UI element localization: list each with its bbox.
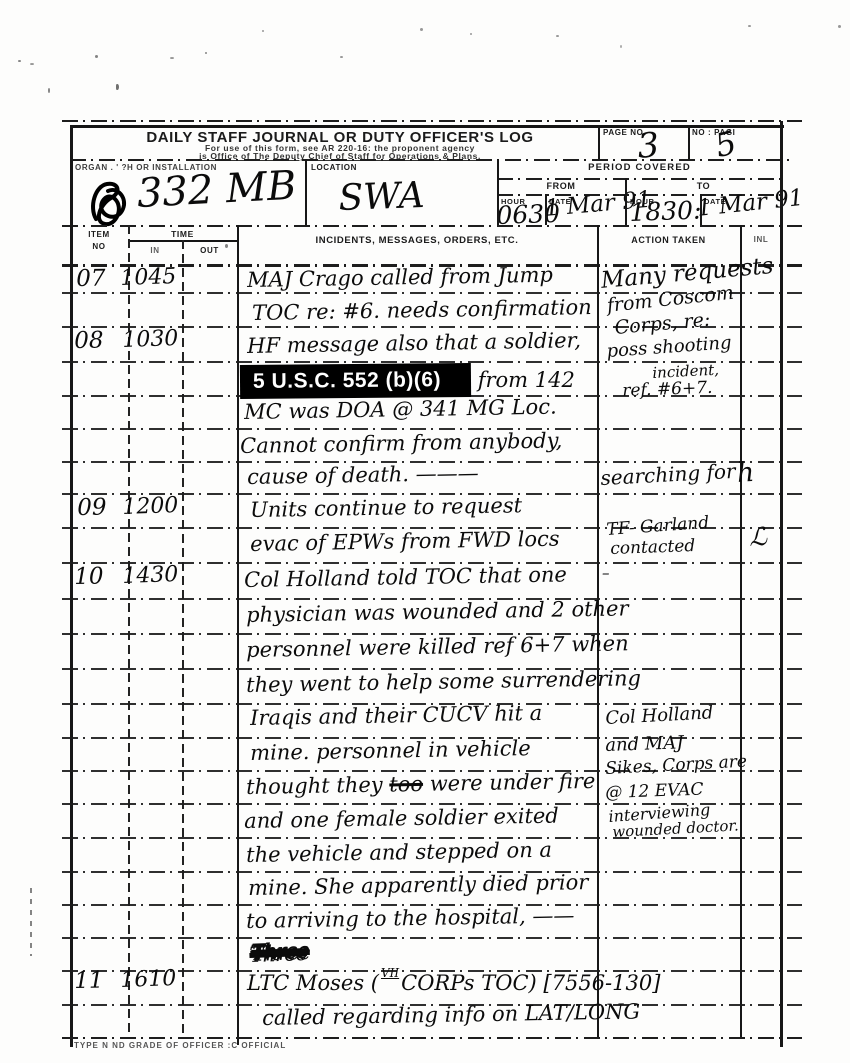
grid-line (598, 125, 600, 160)
grid-line-incidents-left (237, 225, 239, 1045)
incident-line: called regarding info on LAT/LONG (262, 1001, 640, 1029)
table-border-left (70, 125, 73, 1047)
grid-line (70, 159, 792, 161)
incident-line: the vehicle and stepped on a (246, 840, 552, 866)
initials-mark: ℎ (736, 459, 755, 487)
item-number: 10 (74, 565, 104, 589)
grid-line (625, 178, 627, 225)
scan-streak (30, 888, 32, 956)
scan-speck (838, 25, 841, 28)
col-action-label: ACTION TAKEN (597, 235, 740, 245)
scan-speck (262, 30, 264, 32)
period-covered-label: PERIOD COVERED (497, 162, 782, 173)
incident-line: physician was wounded and 2 other (246, 598, 629, 626)
incident-line: Units continue to request (250, 495, 522, 521)
grid-line-ini-left (740, 225, 742, 1038)
incident-line: Iraqis and their CUCV hit a (250, 703, 542, 729)
action-note: searching for (600, 461, 736, 488)
action-note: Col Holland (605, 704, 714, 728)
grid-line-in-out (182, 240, 184, 1038)
grid-line (700, 194, 702, 225)
incident-line: LTC Moses (VIICORPs TOC) [7556-130] (247, 973, 660, 994)
scan-speck (30, 63, 34, 65)
col-out-label: OUT (182, 246, 237, 255)
scanned-journal-page: DAILY STAFF JOURNAL OR DUTY OFFICER'S LO… (0, 0, 850, 1063)
action-note: contacted (610, 538, 696, 558)
col-ini-label: INL (740, 235, 782, 244)
scan-speck (748, 25, 751, 27)
incident-line: Three (250, 941, 308, 964)
col-time-label: TIME (128, 229, 237, 239)
scan-speck (18, 60, 21, 62)
location-label: LOCATION (311, 163, 357, 172)
table-border-bottom (62, 1037, 802, 1039)
ruled-line (62, 937, 802, 939)
incident-line: mine. personnel in vehicle (250, 738, 531, 764)
incident-line: to arriving to the hospital, —— (246, 905, 575, 932)
scan-mark (116, 84, 119, 90)
time-in-value: 1200 (122, 495, 179, 519)
time-in-value: 1430 (122, 564, 179, 588)
to-hour-value: 1830: (629, 197, 702, 224)
scan-speck (170, 57, 174, 59)
struck-word: too (389, 772, 423, 797)
item-number: 07 (76, 267, 106, 291)
incident-line: they went to help some surrendering (246, 668, 641, 696)
org-value: 332 MB (136, 166, 297, 214)
location-value: SWA (338, 178, 425, 217)
time-in-value: 1045 (120, 266, 177, 290)
grid-line (305, 159, 307, 225)
action-note: Sikes, Corps are (605, 754, 747, 778)
form-border-top (70, 125, 784, 128)
action-note: ref. #6+7. (622, 380, 713, 400)
footer-label: TYPE N ND GRADE OF OFFICER :C OFFICIAL (74, 1041, 286, 1050)
scan-mark (48, 88, 50, 93)
item-number: 09 (77, 496, 107, 520)
scan-speck (340, 56, 343, 58)
col-item-label: ITEM (71, 230, 127, 239)
col-incidents-label: INCIDENTS, MESSAGES, ORDERS, ETC. (237, 235, 597, 246)
action-note: poss shooting (606, 334, 732, 361)
incident-line: 5 U.S.C. 552 (b)(6) from 142 (240, 364, 575, 398)
incident-line: Cannot confirm from anybody, (240, 430, 563, 457)
item-number: 08 (74, 329, 104, 353)
to-date-value: 1 Mar 91 (696, 187, 805, 221)
grid-line (62, 225, 802, 227)
scan-speck (205, 52, 207, 54)
incident-line: TOC re: #6. needs confirmation (252, 297, 592, 324)
incident-line: evac of EPWs from FWD locs (250, 529, 560, 555)
scan-speck (470, 33, 472, 35)
ink-scribble (86, 177, 134, 229)
time-in-value: 1610 (120, 968, 177, 992)
initials-mark: ℒ (748, 524, 768, 550)
incident-line: Col Holland told TOC that one (244, 564, 567, 591)
scan-speck (420, 28, 423, 31)
incident-line: MC was DOA @ 341 MG Loc. (244, 397, 557, 423)
col-no-label: NO (71, 242, 127, 251)
incident-line: mine. She apparently died prior (248, 872, 588, 899)
redaction-box: 5 U.S.C. 552 (b)(6) (240, 363, 471, 399)
grid-line (688, 125, 690, 160)
item-number: 11 (74, 969, 104, 993)
incident-line: HF message also that a soldier, (247, 330, 581, 357)
ruled-line (62, 837, 802, 839)
action-note: @ 12 EVAC (605, 782, 704, 802)
table-border-right (780, 121, 783, 1047)
scribbled-word: Three (250, 939, 308, 965)
col-in-label: IN (128, 246, 182, 255)
action-note: – (602, 566, 610, 581)
incident-line: and one female soldier exited (244, 806, 559, 832)
grid-line (497, 159, 499, 225)
scan-speck (556, 35, 559, 37)
incident-line: MAJ Crago called from Jump (247, 265, 553, 291)
superscript-insert: VII (381, 966, 399, 980)
action-note: and MAJ (605, 734, 684, 755)
scan-speck (620, 45, 622, 48)
incident-line: thought they too were under fire (246, 771, 596, 798)
incident-line: cause of death. ——— (247, 463, 479, 488)
grid-line (545, 194, 547, 225)
scan-speck (95, 55, 98, 58)
time-in-value: 1030 (122, 328, 179, 352)
grid-line (497, 178, 782, 180)
incident-line: personnel were killed ref 6+7 when (246, 633, 629, 661)
form-border-top-outer (62, 120, 802, 122)
